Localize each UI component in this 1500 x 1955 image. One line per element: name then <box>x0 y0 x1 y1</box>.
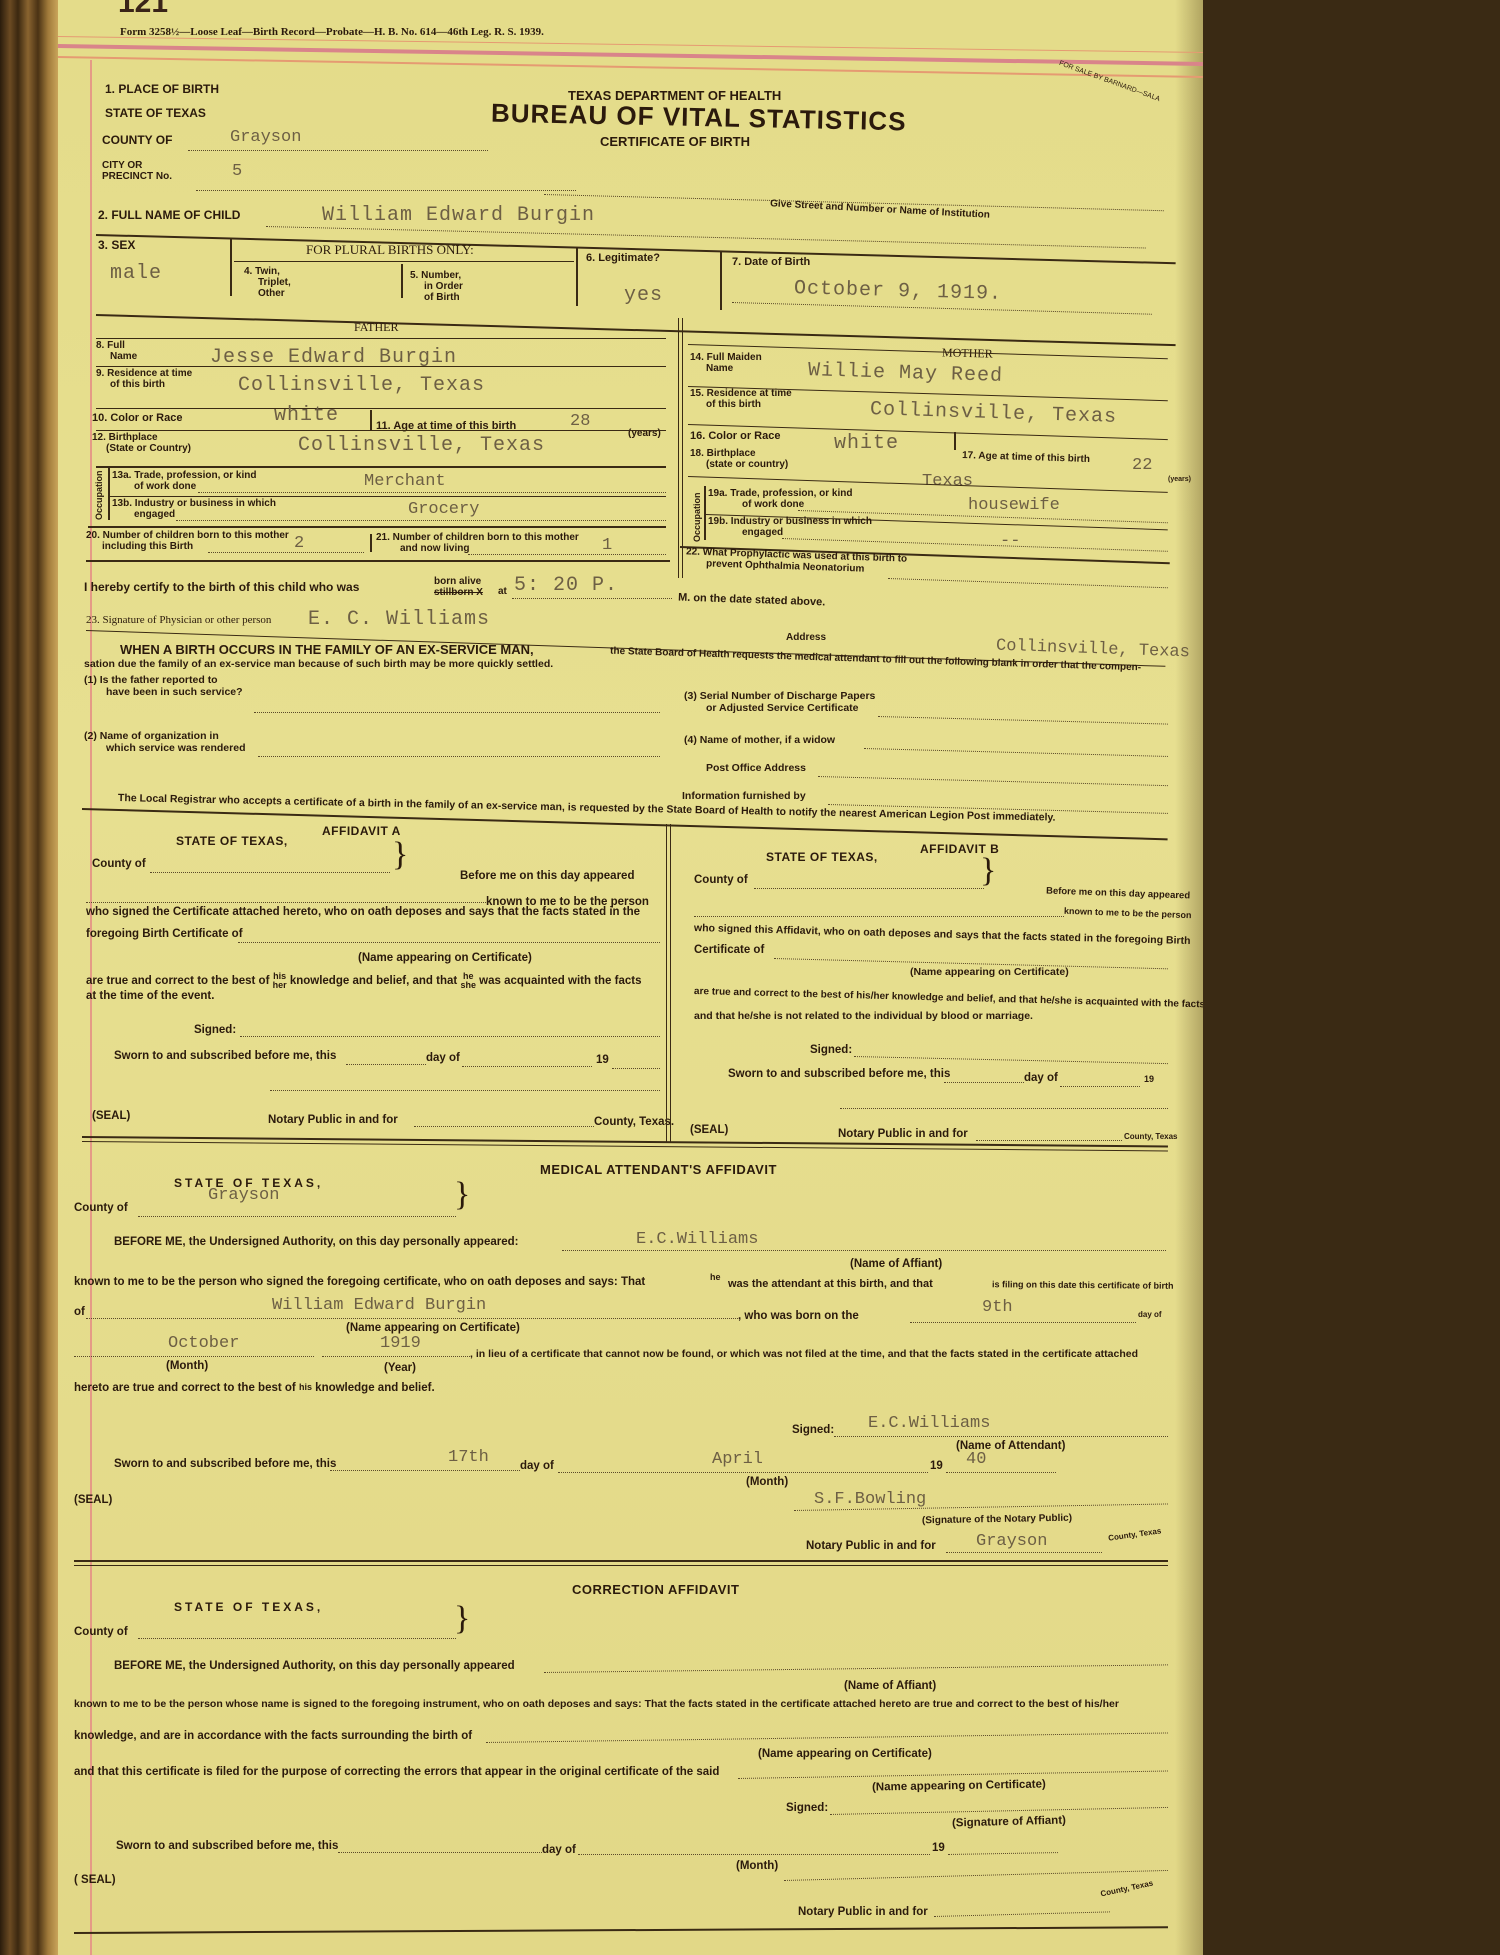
medical-sworn-month-line <box>558 1472 928 1473</box>
medical-known: known to me to be the person who signed … <box>74 1276 645 1288</box>
affidavit-a-state: STATE OF TEXAS, <box>176 834 288 848</box>
certify-text: I hereby certify to the birth of this ch… <box>84 580 359 594</box>
correction-purpose: and that this certificate is filed for t… <box>74 1766 719 1778</box>
section-rule <box>74 1565 1168 1566</box>
father-residence-value: Collinsville, Texas <box>238 374 485 397</box>
mother-race-label: 16. Color or Race <box>690 430 780 442</box>
mother-age-unit: (years) <box>1168 474 1191 485</box>
child-name-label: 2. FULL NAME OF CHILD <box>98 208 240 222</box>
column-divider <box>720 252 722 310</box>
sex-label: 3. SEX <box>98 238 135 252</box>
affidavit-a-day-line <box>346 1064 426 1065</box>
ex-service-q4: (4) Name of mother, if a widow <box>684 734 835 746</box>
father-trade-label-1: 13a. Trade, profession, or kind <box>112 470 257 481</box>
medical-day-value: 9th <box>982 1298 1013 1317</box>
father-race-label: 10. Color or Race <box>92 412 182 424</box>
ex-service-po-address: Post Office Address <box>706 762 806 774</box>
at-label: at <box>498 586 507 597</box>
medical-affidavit-title: MEDICAL ATTENDANT'S AFFIDAVIT <box>540 1162 777 1177</box>
time-value: 5: 20 P. <box>514 574 618 597</box>
mother-name-value: Willie May Reed <box>808 359 1004 388</box>
correction-before-me: BEFORE ME, the Undersigned Authority, on… <box>114 1660 515 1672</box>
column-divider <box>370 534 372 552</box>
mother-trade-label-2: of work done <box>742 499 804 510</box>
city-field-line <box>196 190 576 191</box>
ex-service-q3a: (3) Serial Number of Discharge Papers <box>684 690 875 702</box>
father-industry-value: Grocery <box>408 500 479 519</box>
affidavit-b-notary-line <box>976 1140 1122 1141</box>
affidavit-b-signed-line <box>854 1056 1168 1064</box>
prophylactic-line <box>888 578 1168 588</box>
father-name-label-1: 8. Full <box>96 340 125 351</box>
mother-age-value: 22 <box>1132 456 1152 475</box>
registrar-note: The Local Registrar who accepts a certif… <box>118 792 1056 824</box>
form-header: Form 3258½—Loose Leaf—Birth Record—Proba… <box>120 26 544 38</box>
medical-born-on: , who was born on the <box>738 1310 859 1322</box>
correction-name-line-2 <box>738 1770 1168 1779</box>
children-born-label-1: 20. Number of children born to this moth… <box>86 530 289 541</box>
mother-trade-value: housewife <box>968 496 1060 515</box>
affidavit-b-appeared-line <box>694 916 1064 917</box>
correction-day-of: day of <box>542 1844 576 1856</box>
city-value: 5 <box>232 162 242 181</box>
medical-sworn-year-prefix: 19 <box>930 1460 943 1472</box>
affidavit-a-who-signed: who signed the Certificate attached here… <box>86 906 640 918</box>
correction-county-label: County of <box>74 1626 128 1638</box>
medical-filing-text: is filing on this date this certificate … <box>992 1279 1174 1291</box>
place-of-birth-label: 1. PLACE OF BIRTH <box>105 82 219 96</box>
medical-child-caption: (Name appearing on Certificate) <box>346 1322 520 1334</box>
medical-child-line <box>86 1318 738 1319</box>
affidavit-a-appeared: Before me on this day appeared <box>460 870 634 882</box>
medical-signed-label: Signed: <box>792 1424 834 1436</box>
brace: } <box>454 1600 470 1638</box>
medical-notary-county-line <box>946 1552 1102 1553</box>
text: are true and correct to the best of <box>86 975 269 987</box>
time-suffix: M. on the date stated above. <box>678 592 826 609</box>
father-residence-label-2: of this birth <box>110 379 165 390</box>
medical-affiant-caption: (Name of Affiant) <box>850 1258 942 1270</box>
affidavit-a-foregoing: foregoing Birth Certificate of <box>86 928 243 940</box>
row-rule <box>96 466 666 468</box>
affidavit-a-county-line <box>150 872 390 873</box>
affidavit-b-year-prefix: 19 <box>1144 1074 1154 1084</box>
certificate-page: 121 Form 3258½—Loose Leaf—Birth Record—P… <box>58 0 1203 1955</box>
correction-knowledge: knowledge, and are in accordance with th… <box>74 1730 472 1742</box>
column-divider <box>370 410 372 430</box>
affidavit-a-sworn: Sworn to and subscribed before me, this <box>114 1050 336 1062</box>
correction-day-line <box>338 1852 542 1853</box>
affidavit-a-year-prefix: 19 <box>596 1054 609 1066</box>
city-label-2: PRECINCT No. <box>102 171 172 182</box>
mother-trade-label-1: 19a. Trade, profession, or kind <box>708 488 853 499</box>
mother-occupation-side-label: Occupation <box>692 492 702 542</box>
dob-label: 7. Date of Birth <box>732 256 810 268</box>
ex-service-q2-line <box>258 756 660 757</box>
county-field-line <box>188 150 488 151</box>
twin-label-3: Other <box>258 288 285 299</box>
correction-affiant-caption: (Name of Affiant) <box>844 1680 936 1692</box>
his-her-stack: hisher <box>273 972 287 990</box>
row-rule <box>88 526 666 528</box>
affidavit-a-title: AFFIDAVIT A <box>322 824 401 838</box>
medical-year-caption: (Year) <box>384 1362 416 1374</box>
ex-service-info-furnished: Information furnished by <box>682 790 806 802</box>
mother-birthplace-label-2: (state or country) <box>706 459 788 470</box>
bureau-title: BUREAU OF VITAL STATISTICS <box>491 98 907 138</box>
father-trade-value: Merchant <box>364 472 446 491</box>
column-divider <box>108 468 110 520</box>
correction-notary-line <box>934 1911 1110 1917</box>
affidavit-a-true-correct: are true and correct to the best of hish… <box>86 972 642 990</box>
affidavit-b-not-related: and that he/she is not related to the in… <box>694 1010 1033 1022</box>
father-heading: FATHER <box>354 320 398 335</box>
affidavit-b-known: known to me to be the person <box>1064 906 1192 920</box>
affidavit-b-name-caption: (Name appearing on Certificate) <box>910 966 1069 978</box>
mother-birthplace-value: Texas <box>922 472 973 491</box>
state-of-texas-label: STATE OF TEXAS <box>105 106 206 120</box>
correction-affiant-line <box>544 1664 1168 1673</box>
medical-sworn-day-line <box>330 1470 520 1471</box>
affidavit-a-county-label: County of <box>92 858 146 870</box>
text: knowledge and belief. <box>315 1382 435 1394</box>
affidavit-a-seal: (SEAL) <box>92 1110 130 1122</box>
order-label-3: of Birth <box>424 292 460 303</box>
row-rule <box>96 408 666 409</box>
affidavit-a-month-line <box>462 1066 592 1067</box>
father-race-value: white <box>274 404 339 427</box>
children-living-label-2: and now living <box>400 543 469 554</box>
column-divider <box>401 264 403 298</box>
row-rule <box>96 366 666 367</box>
text: knowledge and belief, and that <box>290 975 457 987</box>
mother-industry-line <box>782 538 1168 552</box>
medical-child-value: William Edward Burgin <box>272 1296 486 1315</box>
parents-divider <box>678 318 683 578</box>
margin-rule <box>90 60 92 1955</box>
correction-name-line <box>486 1732 1168 1743</box>
father-name-label-2: Name <box>110 351 137 362</box>
text: hereto are true and correct to the best … <box>74 1382 296 1394</box>
section-rule <box>96 314 1176 346</box>
mother-residence-value: Collinsville, Texas <box>870 398 1118 429</box>
signature-label: 23. Signature of Physician or other pers… <box>86 614 271 626</box>
row-rule <box>86 560 670 562</box>
correction-signed-line <box>830 1807 1168 1815</box>
medical-affiant-value: E.C.Williams <box>636 1230 758 1249</box>
correction-name-caption-2: (Name appearing on Certificate) <box>872 1778 1046 1793</box>
time-line <box>512 598 672 599</box>
father-industry-label-1: 13b. Industry or business in which <box>112 498 276 509</box>
affidavit-b-who-signed: who signed this Affidavit, who on oath d… <box>694 922 1191 947</box>
order-label-2: in Order <box>424 281 463 292</box>
legitimate-value: yes <box>624 284 663 307</box>
affidavit-a-notary-sig-line <box>270 1090 660 1091</box>
mother-name-label-1: 14. Full Maiden <box>690 352 762 363</box>
affidavit-b-day-line <box>944 1082 1024 1083</box>
ex-service-q2a: (2) Name of organization in <box>84 730 219 742</box>
sex-value: male <box>110 262 162 285</box>
affidavit-a-notary-line <box>414 1126 594 1127</box>
medical-sworn-month: April <box>712 1450 763 1469</box>
column-divider <box>230 238 232 296</box>
affidavit-b-day-of: day of <box>1024 1072 1058 1084</box>
page-curl-shadow <box>1175 0 1203 1955</box>
affidavit-b-certificate-of: Certificate of <box>694 944 764 956</box>
correction-month-line <box>578 1854 930 1855</box>
correction-state: STATE OF TEXAS, <box>174 1600 323 1614</box>
medical-signed-line <box>834 1436 1168 1437</box>
medical-he-she: he <box>710 1272 721 1284</box>
children-born-value: 2 <box>294 534 304 553</box>
ex-service-q1-line <box>254 712 660 713</box>
affidavit-a-year-line <box>612 1068 660 1069</box>
correction-name-caption: (Name appearing on Certificate) <box>758 1748 932 1760</box>
medical-county-value: Grayson <box>208 1186 279 1205</box>
medical-in-lieu: , in lieu of a certificate that cannot n… <box>470 1348 1138 1360</box>
correction-notary: Notary Public in and for <box>798 1906 928 1918</box>
father-industry-label-2: engaged <box>134 509 175 520</box>
mother-birthplace-label-1: 18. Birthplace <box>690 448 756 459</box>
ex-service-q1b: have been in such service? <box>106 686 243 698</box>
affidavit-b-county-label: County of <box>694 874 748 886</box>
correction-affidavit-title: CORRECTION AFFIDAVIT <box>572 1582 739 1597</box>
medical-sworn-month-caption: (Month) <box>746 1476 788 1488</box>
page-number: 121 <box>118 0 168 20</box>
affidavit-b-month-line <box>1060 1086 1140 1087</box>
medical-hereto: hereto are true and correct to the best … <box>74 1382 435 1394</box>
affidavit-b-notary-sig-line <box>840 1108 1168 1109</box>
medical-month-caption: (Month) <box>166 1360 208 1372</box>
mother-residence-label-1: 15. Residence at time <box>690 388 792 399</box>
correction-year-prefix: 19 <box>932 1842 945 1854</box>
row-rule <box>96 338 666 339</box>
mother-age-label: 17. Age at time of this birth <box>962 450 1090 465</box>
city-label-1: CITY OR <box>102 160 142 171</box>
address-label: Address <box>786 632 826 643</box>
born-alive-option: born alive <box>434 576 481 587</box>
ex-service-q1a: (1) Is the father reported to <box>84 674 218 686</box>
ex-service-q2b: which service was rendered <box>106 742 245 754</box>
children-born-line <box>208 552 364 553</box>
ex-service-q3-line <box>878 716 1168 725</box>
affidavit-b-state: STATE OF TEXAS, <box>766 850 878 864</box>
mother-industry-label-2: engaged <box>742 527 783 538</box>
ledger-binding <box>0 0 58 1955</box>
county-label: COUNTY OF <box>102 133 172 147</box>
medical-attendant-text: was the attendant at this birth, and tha… <box>728 1278 933 1290</box>
correction-year-line <box>948 1852 1058 1855</box>
medical-of-label: of <box>74 1306 85 1318</box>
mother-industry-value: -- <box>1000 532 1020 551</box>
brace: } <box>454 1176 470 1214</box>
father-trade-line <box>198 492 666 493</box>
medical-notary-sig-caption: (Signature of the Notary Public) <box>922 1513 1072 1527</box>
medical-day-line <box>910 1322 1136 1323</box>
row-rule <box>96 430 666 431</box>
correction-month-caption: (Month) <box>736 1860 778 1872</box>
correction-seal: ( SEAL) <box>74 1874 116 1886</box>
medical-sworn-year-line <box>946 1472 1056 1473</box>
affidavit-b-notary: Notary Public in and for <box>838 1128 968 1140</box>
signature-value: E. C. Williams <box>308 608 490 631</box>
corner-note: FOR SALE BY BARNARD—SALA <box>1058 60 1161 103</box>
medical-before-me: BEFORE ME, the Undersigned Authority, on… <box>114 1236 518 1248</box>
medical-sworn: Sworn to and subscribed before me, this <box>114 1458 336 1470</box>
ex-service-line2: sation due the family of an ex-service m… <box>84 658 553 670</box>
affidavit-a-county-texas: County, Texas. <box>594 1116 674 1128</box>
section-rule <box>74 1926 1168 1934</box>
father-birthplace-value: Collinsville, Texas <box>298 434 545 457</box>
children-living-label-1: 21. Number of children born to this moth… <box>376 532 579 543</box>
column-divider <box>954 432 956 450</box>
affidavit-a-signed-line <box>240 1036 660 1037</box>
medical-county-texas: County, Texas <box>1108 1526 1162 1542</box>
medical-sworn-day-of: day of <box>520 1460 554 1472</box>
affidavit-a-name-caption: (Name appearing on Certificate) <box>358 952 532 964</box>
medical-affiant-line <box>562 1250 1166 1251</box>
medical-year-value: 1919 <box>380 1334 421 1353</box>
medical-year-line <box>322 1356 470 1357</box>
his-stack: his <box>299 1383 312 1392</box>
medical-month-value: October <box>168 1334 239 1353</box>
mother-residence-label-2: of this birth <box>706 399 761 410</box>
twin-label-1: 4. Twin, <box>244 266 280 277</box>
plural-births-heading: FOR PLURAL BIRTHS ONLY: <box>306 242 474 258</box>
mother-race-value: white <box>834 432 899 455</box>
father-birthplace-label-2: (State or Country) <box>106 443 191 454</box>
affidavit-b-county-line <box>754 888 984 889</box>
medical-county-label: County of <box>74 1202 128 1214</box>
plural-rule <box>234 261 574 262</box>
affidavit-a-time-of-event: at the time of the event. <box>86 990 214 1002</box>
father-residence-label-1: 9. Residence at time <box>96 368 192 379</box>
father-age-value: 28 <box>570 412 590 431</box>
affidavit-a-appeared-line <box>86 902 486 903</box>
mother-name-label-2: Name <box>706 363 733 374</box>
medical-notary-label: Notary Public in and for <box>806 1540 936 1552</box>
column-divider <box>576 248 578 306</box>
medical-sworn-day: 17th <box>448 1448 489 1467</box>
correction-county-texas: County, Texas <box>1100 1879 1154 1899</box>
affidavit-b-true-correct: are true and correct to the best of his/… <box>694 986 1203 1010</box>
correction-county-line <box>138 1638 456 1639</box>
mother-industry-label-1: 19b. Industry or business in which <box>708 516 872 527</box>
stillborn-option: stillborn X <box>434 587 483 598</box>
children-born-label-2: including this Birth <box>102 541 193 552</box>
affidavit-a-signed: Signed: <box>194 1024 236 1036</box>
brace: } <box>392 836 408 874</box>
affidavit-a-day-of: day of <box>426 1052 460 1064</box>
father-birthplace-label-1: 12. Birthplace <box>92 432 158 443</box>
legitimate-label: 6. Legitimate? <box>586 252 660 264</box>
affidavit-a-notary: Notary Public in and for <box>268 1114 398 1126</box>
text: was acquainted with the facts <box>479 975 641 987</box>
ex-service-q4-line <box>864 748 1168 757</box>
institution-note: Give Street and Number or Name of Instit… <box>770 198 990 221</box>
ex-service-heading: WHEN A BIRTH OCCURS IN THE FAMILY OF AN … <box>120 642 534 657</box>
affidavit-a-name-line <box>238 942 660 943</box>
children-living-value: 1 <box>602 536 612 555</box>
correction-signed-caption: (Signature of Affiant) <box>952 1815 1066 1830</box>
correction-notary-sig-line <box>784 1870 1168 1881</box>
medical-county-line <box>138 1216 456 1217</box>
brace: } <box>980 852 996 890</box>
affidavit-b-seal: (SEAL) <box>690 1124 728 1136</box>
header-rule <box>58 44 1203 66</box>
medical-day-of: day of <box>1138 1310 1162 1319</box>
affidavit-b-signed: Signed: <box>810 1044 852 1056</box>
affidavit-b-sworn: Sworn to and subscribed before me, this <box>728 1068 950 1080</box>
affidavit-b-county-texas: County, Texas <box>1124 1132 1178 1141</box>
county-value: Grayson <box>230 128 301 147</box>
he-she-stack: he <box>710 1273 721 1282</box>
father-industry-line <box>176 520 666 521</box>
father-trade-label-2: of work done <box>134 481 196 492</box>
medical-sworn-year: 40 <box>966 1450 986 1469</box>
father-occupation-side-label: Occupation <box>94 470 104 520</box>
medical-seal: (SEAL) <box>74 1494 112 1506</box>
medical-month-line <box>74 1356 314 1357</box>
correction-known: known to me to be the person whose name … <box>74 1698 1119 1710</box>
twin-label-2: Triplet, <box>258 277 291 288</box>
section-rule <box>74 1560 1168 1562</box>
he-she-stack: heshe <box>460 972 476 990</box>
correction-sworn: Sworn to and subscribed before me, this <box>116 1840 338 1852</box>
affidavit-divider <box>666 824 671 1142</box>
ex-service-q3b: or Adjusted Service Certificate <box>706 702 859 714</box>
dob-value: October 9, 1919. <box>794 277 1003 306</box>
medical-notary-sig: S.F.Bowling <box>814 1490 926 1509</box>
row-rule <box>110 496 666 497</box>
ex-service-po-line <box>818 776 1168 786</box>
certificate-title: CERTIFICATE OF BIRTH <box>600 134 750 149</box>
children-living-line <box>468 554 666 555</box>
affidavit-b-appeared: Before me on this day appeared <box>1046 885 1190 901</box>
order-label-1: 5. Number, <box>410 270 461 281</box>
correction-signed: Signed: <box>786 1802 828 1814</box>
medical-notary-county: Grayson <box>976 1532 1047 1551</box>
medical-signed-value: E.C.Williams <box>868 1414 990 1433</box>
child-name-value: William Edward Burgin <box>322 204 595 227</box>
